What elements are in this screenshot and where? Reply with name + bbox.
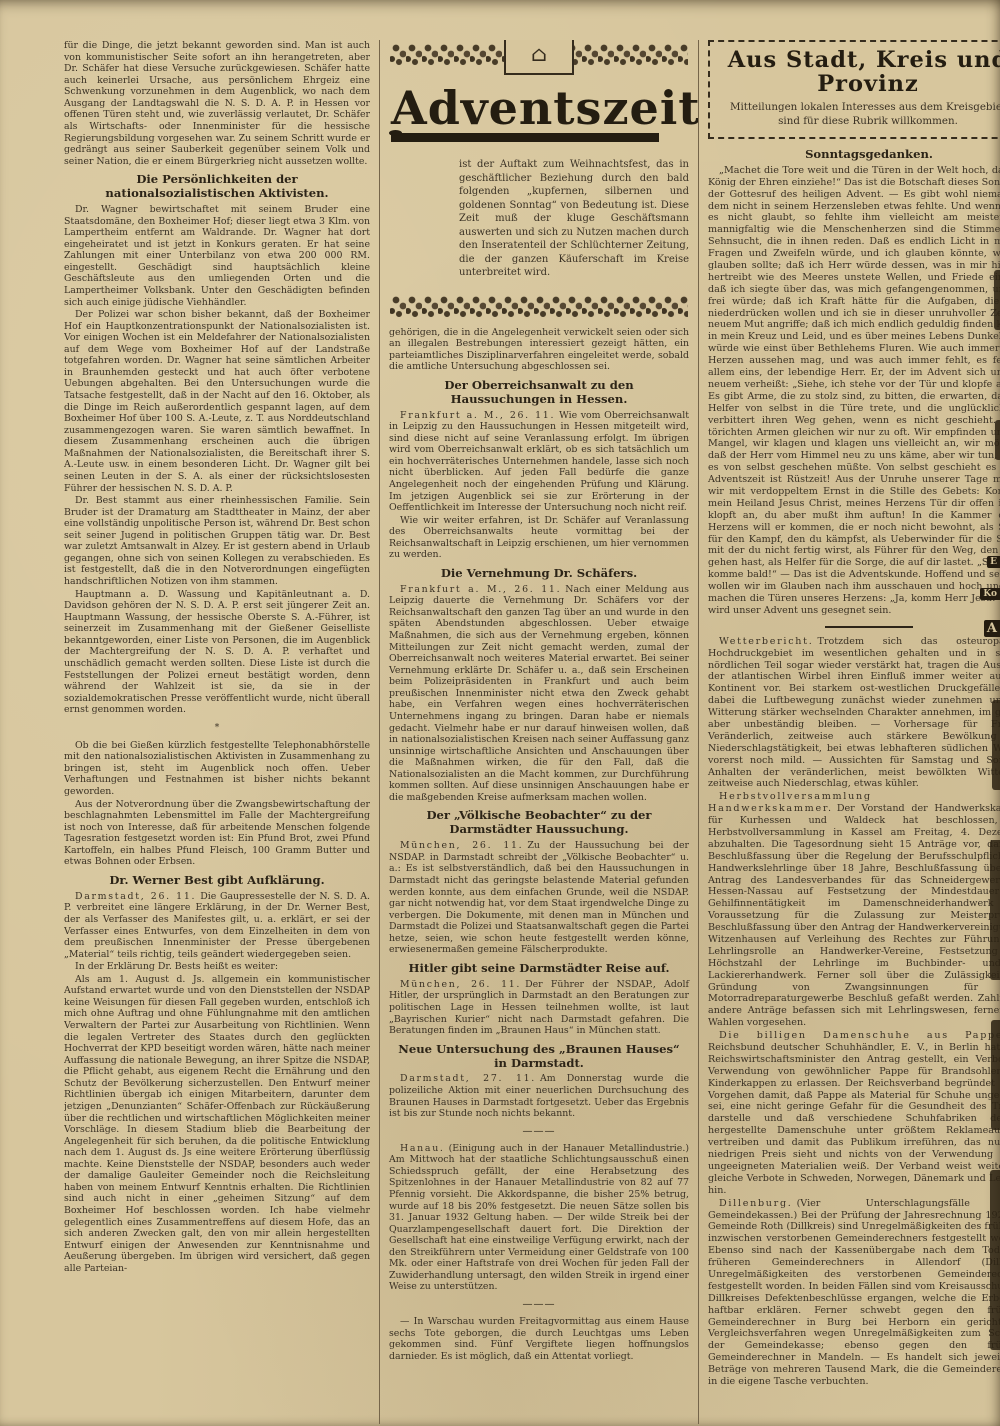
columns-container: für die Dinge, die jetzt bekannt geworde… bbox=[64, 40, 1000, 1424]
dateline: Frankfurt a. M., 26. 11. bbox=[400, 410, 555, 421]
paragraph: Frankfurt a. M., 26. 11.Nach einer Meldu… bbox=[389, 584, 689, 804]
headline-vernehmung-schaefers: Die Vernehmung Dr. Schäfers. bbox=[393, 567, 685, 581]
paragraph-text: Wie vom Oberreichsanwalt in Leipzig zu d… bbox=[389, 410, 689, 514]
paragraph-text: Trotzdem sich das osteuropäische Hochdru… bbox=[708, 636, 1000, 790]
headline-best-aufklaerung: Dr. Werner Best gibt Aufklärung. bbox=[68, 874, 366, 888]
dash-separator: ——— bbox=[389, 1126, 689, 1137]
ad-body: ist der Auftakt zum Weihnachtsfest, das … bbox=[459, 158, 689, 280]
paragraph: In der Erklärung Dr. Bests heißt es weit… bbox=[64, 961, 370, 973]
headline-braunes-haus: Neue Untersuchung des „Braunen Hauses“ i… bbox=[393, 1043, 685, 1071]
paragraph: Dr. Best stammt aus einer rheinhessische… bbox=[64, 495, 370, 588]
paragraph: — In Warschau wurden Freitagvormittag au… bbox=[389, 1316, 689, 1362]
headline-voelkischer-beobachter: Der „Völkische Beobachter“ zu der Darmst… bbox=[393, 809, 685, 837]
dash-separator: ——— bbox=[389, 1299, 689, 1310]
paragraph: Darmstadt, 27. 11.Am Donnerstag wurde di… bbox=[389, 1073, 689, 1119]
gesperrt-lead: Die billigen Damenschuhe aus Pappe. bbox=[719, 1030, 1000, 1041]
dateline: Darmstadt, 27. 11. bbox=[400, 1073, 536, 1084]
dateline: München, 26. 11. bbox=[400, 979, 521, 990]
paragraph-text: (Einigung auch in der Hanauer Metallindu… bbox=[389, 1143, 689, 1293]
paragraph: München, 26. 11.Der Führer der NSDAP., A… bbox=[389, 979, 689, 1037]
gesperrt-lead: Wetterbericht. bbox=[719, 636, 813, 647]
paragraph: Hanau.(Einigung auch in der Hanauer Meta… bbox=[389, 1143, 689, 1293]
village-vignette-icon: ⌂ bbox=[504, 40, 574, 75]
paragraph: gehörigen, die in die Angelegenheit verw… bbox=[389, 327, 689, 373]
section-rule bbox=[825, 626, 913, 628]
adventszeit-ad: ⌂ Adventszeit ist der Auftakt zum Weihna… bbox=[389, 42, 689, 319]
garland-border-top-icon: ⌂ bbox=[390, 42, 688, 67]
headline-ns-aktivisten: Die Persönlichkeiten der nationalsoziali… bbox=[68, 173, 366, 201]
paragraph: Wetterbericht.Trotzdem sich das osteurop… bbox=[708, 636, 1000, 791]
paragraph: Als am 1. August d. Js. allgemein ein ko… bbox=[64, 974, 370, 1275]
paragraph: Dr. Wagner bewirtschaftet mit seinem Bru… bbox=[64, 204, 370, 308]
paragraph: Ob die bei Gießen kürzlich festgestellte… bbox=[64, 740, 370, 798]
paragraph: München, 26. 11.Zu der Haussuchung bei d… bbox=[389, 840, 689, 956]
column-middle: ⌂ Adventszeit ist der Auftakt zum Weihna… bbox=[380, 40, 699, 1424]
paragraph-text: Zu der Haussuchung bei der NSDAP. in Dar… bbox=[389, 840, 689, 955]
paragraph-text: Der Vorstand der Handwerkskammer für Kur… bbox=[708, 803, 1000, 1028]
ad-underline-bar bbox=[391, 133, 659, 142]
dateline: München, 26. 11. bbox=[400, 840, 523, 851]
rubrik-subtitle: Mitteilungen lokalen Interesses aus dem … bbox=[720, 101, 1000, 128]
paragraph: Wie wir weiter erfahren, ist Dr. Schäfer… bbox=[389, 515, 689, 561]
paragraph: Aus der Notverordnung über die Zwangsbew… bbox=[64, 799, 370, 868]
column-right: Aus Stadt, Kreis und Provinz Mitteilunge… bbox=[699, 40, 1000, 1424]
paragraph: Die billigen Damenschuhe aus Pappe.Der R… bbox=[708, 1030, 1000, 1196]
paragraph-text: Der Reichsbund deutscher Schuhhändler, E… bbox=[708, 1030, 1000, 1196]
column-left: für die Dinge, die jetzt bekannt geworde… bbox=[64, 40, 380, 1424]
headline-sonntagsgedanken: Sonntagsgedanken. bbox=[712, 148, 1000, 162]
rubrik-title: Aus Stadt, Kreis und Provinz bbox=[720, 49, 1000, 96]
garland-border-bottom-icon bbox=[390, 294, 688, 319]
paragraph: Der Polizei war schon bisher bekannt, da… bbox=[64, 309, 370, 494]
dateline: Hanau. bbox=[400, 1143, 445, 1154]
ad-title: Adventszeit bbox=[391, 85, 689, 131]
paragraph-text: Nach einer Meldung aus Leipzig dauerte d… bbox=[389, 584, 689, 803]
headline-hitler-reise: Hitler gibt seine Darmstädter Reise auf. bbox=[393, 962, 685, 976]
paragraph: Herbstvollversammlung der Handwerkskamme… bbox=[708, 791, 1000, 1029]
star-separator: * bbox=[64, 723, 370, 733]
paragraph: Hauptmann a. D. Wassung und Kapitänleutn… bbox=[64, 589, 370, 716]
dateline: Darmstadt, 26. 11. bbox=[75, 891, 196, 902]
paragraph: Dillenburg.(Vier Unterschlagungsfälle be… bbox=[708, 1198, 1000, 1388]
newspaper-page: für die Dinge, die jetzt bekannt geworde… bbox=[0, 0, 1000, 1426]
paragraph: Frankfurt a. M., 26. 11.Wie vom Oberreic… bbox=[389, 410, 689, 514]
headline-oberreichsanwalt: Der Oberreichsanwalt zu den Haussuchunge… bbox=[393, 379, 685, 407]
paragraph: Darmstadt, 26. 11.Die Gaupressestelle de… bbox=[64, 891, 370, 960]
paragraph: „Machet die Tore weit und die Türen in d… bbox=[708, 165, 1000, 617]
paragraph-text: (Vier Unterschlagungsfälle bei Gemeindek… bbox=[708, 1198, 1000, 1387]
dateline: Frankfurt a. M., 26. 11. bbox=[400, 584, 561, 595]
gesperrt-lead: Dillenburg. bbox=[719, 1198, 793, 1209]
rubrik-header-box: Aus Stadt, Kreis und Provinz Mitteilunge… bbox=[708, 40, 1000, 139]
paragraph: für die Dinge, die jetzt bekannt geworde… bbox=[64, 40, 370, 167]
